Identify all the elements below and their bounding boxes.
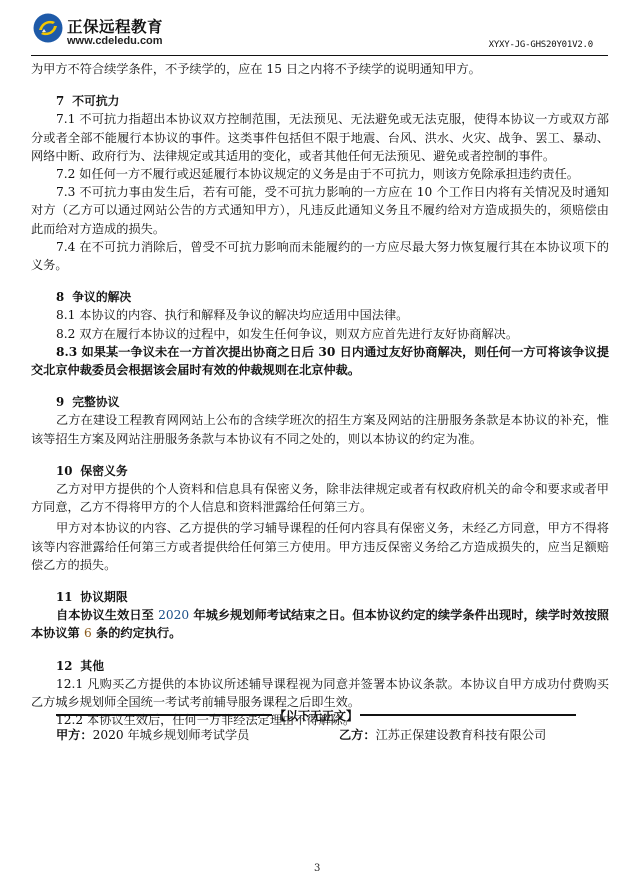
clause-9-text: 乙方在建设工程教育网网站上公布的含续学班次的招生方案及网站的注册服务条款是本协议…	[31, 411, 609, 447]
clause-7-2: 7.2 如任何一方不履行或迟延履行本协议规定的义务是由于不可抗力，则该方免除承担…	[31, 165, 609, 183]
party-a-label: 甲方：	[56, 728, 93, 742]
party-b-label: 乙方：	[339, 728, 376, 742]
section-heading-7: 7不可抗力	[31, 92, 609, 110]
logo-icon	[33, 13, 63, 43]
clause-10-party-a: 甲方对本协议的内容、乙方提供的学习辅导课程的任何内容具有保密义务，未经乙方同意，…	[31, 519, 609, 574]
clause-8-2: 8.2 双方在履行本协议的过程中，如发生任何争议，则双方应首先进行友好协商解决。	[31, 325, 609, 343]
clause-reference: 6	[84, 626, 92, 640]
document-body: 为甲方不符合续学条件，不予续学的，应在 15 日之内将不予续学的说明通知甲方。 …	[31, 60, 609, 730]
section-heading-8: 8争议的解决	[31, 288, 609, 306]
clause-11-term: 自本协议生效日至 2020 年城乡规划师考试结束之日。但本协议约定的续学条件出现…	[31, 606, 609, 642]
brand-title: 正保远程教育	[67, 15, 163, 37]
party-a-signature: 甲方：2020 年城乡规划师考试学员	[56, 726, 249, 743]
divider-left	[56, 714, 272, 716]
term-year: 2020	[158, 608, 189, 622]
section-heading-12: 12其他	[31, 657, 609, 675]
party-b-signature: 乙方：江苏正保建设教育科技有限公司	[339, 726, 546, 743]
end-of-text-label: 【以下无正文】	[272, 707, 360, 724]
section-heading-10: 10保密义务	[31, 462, 609, 480]
clause-10-party-b: 乙方对甲方提供的个人资料和信息具有保密义务，除非法律规定或者有权政府机关的命令和…	[31, 480, 609, 516]
document-page: 正保远程教育 www.cdeledu.com XYXY-JG-GHS20Y01V…	[0, 0, 639, 888]
clause-8-1: 8.1 本协议的内容、执行和解释及争议的解决均应适用中国法律。	[31, 306, 609, 324]
clause-7-3: 7.3 不可抗力事由发生后，若有可能，受不可抗力影响的一方应在 10 个工作日内…	[31, 183, 609, 238]
page-number: 3	[314, 863, 320, 874]
clause-8-3: 8.3 如果某一争议未在一方首次提出协商之日后 30 日内通过友好协商解决，则任…	[31, 343, 609, 379]
lead-paragraph: 为甲方不符合续学条件，不予续学的，应在 15 日之内将不予续学的说明通知甲方。	[31, 60, 609, 78]
divider-right	[360, 714, 576, 716]
clause-7-1: 7.1 不可抗力指超出本协议双方控制范围，无法预见、无法避免或无法克服，使得本协…	[31, 110, 609, 165]
header-divider	[31, 55, 608, 56]
clause-7-4: 7.4 在不可抗力消除后，曾受不可抗力影响而未能履约的一方应尽最大努力恢复履行其…	[31, 238, 609, 274]
section-heading-11: 11协议期限	[31, 588, 609, 606]
party-b-value: 江苏正保建设教育科技有限公司	[376, 728, 547, 742]
document-code: XYXY-JG-GHS20Y01V2.0	[489, 40, 593, 50]
party-a-value: 2020 年城乡规划师考试学员	[93, 728, 250, 742]
brand-url: www.cdeledu.com	[67, 35, 163, 47]
end-of-text-marker: 【以下无正文】	[56, 706, 576, 724]
section-heading-9: 9完整协议	[31, 393, 609, 411]
